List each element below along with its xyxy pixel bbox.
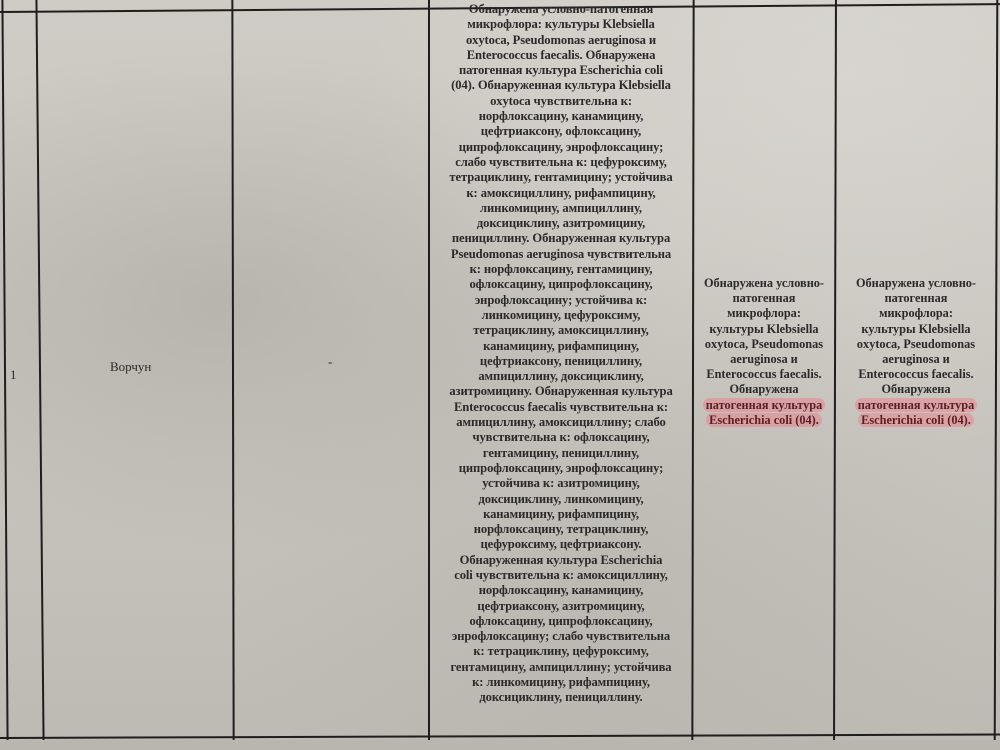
highlighted-pathogen-text: Escherichia coli (04). bbox=[706, 413, 822, 427]
conclusion-1-line: Enterococcus faecalis. bbox=[694, 367, 834, 382]
result-text-line: пенициллину. Обнаруженная культура bbox=[430, 231, 692, 246]
result-text-line: к: линкомицину, рифампицину, bbox=[430, 675, 692, 690]
result-text-line: coli чувствительна к: амоксициллину, bbox=[430, 568, 692, 583]
conclusion-1-line: Обнаружена условно- bbox=[694, 276, 834, 291]
result-text-line: энрофлоксацину; слабо чувствительна bbox=[430, 629, 692, 644]
conclusion-2-line: патогенная bbox=[837, 291, 995, 306]
result-text-line: доксициклину, азитромицину, bbox=[430, 216, 692, 231]
conclusion-1-line: микрофлора: bbox=[694, 306, 834, 321]
patient-name: Ворчун bbox=[110, 359, 151, 375]
conclusion-1-line: oxytoca, Pseudomonas bbox=[694, 337, 834, 352]
result-text-line: Обнаружена условно-патогенная bbox=[430, 2, 692, 17]
result-text-line: офлоксацину, ципрофлоксацину, bbox=[430, 277, 692, 292]
result-text-line: цефтриаксону, азитромицину, bbox=[430, 599, 692, 614]
conclusion-1-line: Обнаружена bbox=[694, 382, 834, 397]
result-text-line: доксициклину, пенициллину. bbox=[430, 690, 692, 705]
highlighted-pathogen-text: патогенная культура bbox=[703, 398, 826, 412]
result-text-line: к: норфлоксацину, гентамицину, bbox=[430, 262, 692, 277]
result-text-line: норфлоксацину, тетрациклину, bbox=[430, 522, 692, 537]
result-text-line: тетрациклину, амоксициллину, bbox=[430, 323, 692, 338]
table-border-left bbox=[1, 0, 8, 740]
conclusion-1-highlight-line: патогенная культура bbox=[694, 398, 834, 413]
highlighted-pathogen-text: Escherichia coli (04). bbox=[858, 413, 974, 427]
result-text-line: цефуроксиму, цефтриаксону. bbox=[430, 537, 692, 552]
conclusion-column-1: Обнаружена условно-патогеннаямикрофлора:… bbox=[694, 276, 834, 428]
result-text-line: ципрофлоксацину, энрофлоксацину; bbox=[430, 140, 692, 155]
result-text-line: устойчива к: азитромицину, bbox=[430, 476, 692, 491]
result-text-line: цефтриаксону, пенициллину, bbox=[430, 354, 692, 369]
result-text-line: линкомицину, ампициллину, bbox=[430, 201, 692, 216]
result-text-line: тетрациклину, гентамицину; устойчива bbox=[430, 170, 692, 185]
conclusion-1-line: культуры Klebsiella bbox=[694, 322, 834, 337]
result-text-line: ампициллину, амоксициллину; слабо bbox=[430, 415, 692, 430]
result-text-line: чувствительна к: офлоксацину, bbox=[430, 430, 692, 445]
result-text-line: гентамицину, ампициллину; устойчива bbox=[430, 660, 692, 675]
result-text-line: норфлоксацину, канамицину, bbox=[430, 583, 692, 598]
conclusion-2-line: микрофлора: bbox=[837, 306, 995, 321]
conclusion-1-line: aeruginosa и bbox=[694, 352, 834, 367]
conclusion-2-highlight-line: Escherichia coli (04). bbox=[837, 413, 995, 428]
highlighted-pathogen-text: патогенная культура bbox=[855, 398, 978, 412]
conclusion-2-line: Обнаружена bbox=[837, 382, 995, 397]
table-col-divider-2 bbox=[231, 0, 234, 740]
result-text-line: микрофлора: культуры Klebsiella bbox=[430, 17, 692, 32]
result-text-line: цефтриаксону, офлоксацину, bbox=[430, 124, 692, 139]
conclusion-1-line: патогенная bbox=[694, 291, 834, 306]
result-text-line: к: тетрациклину, цефуроксиму, bbox=[430, 644, 692, 659]
result-text-line: Обнаруженная культура Escherichia bbox=[430, 553, 692, 568]
result-text-line: канамицину, рифампицину, bbox=[430, 507, 692, 522]
result-text-line: слабо чувствительна к: цефуроксиму, bbox=[430, 155, 692, 170]
result-text-line: азитромицину. Обнаруженная культура bbox=[430, 384, 692, 399]
result-text-line: патогенная культура Escherichia coli bbox=[430, 63, 692, 78]
result-text-line: (04). Обнаруженная культура Klebsiella bbox=[430, 78, 692, 93]
page-margin bbox=[0, 740, 1000, 750]
result-text-line: oxytoca чувствительна к: bbox=[430, 94, 692, 109]
conclusion-2-line: Обнаружена условно- bbox=[837, 276, 995, 291]
result-text-line: Enterococcus faecalis. Обнаружена bbox=[430, 48, 692, 63]
conclusion-2-highlight-line: патогенная культура bbox=[837, 398, 995, 413]
conclusion-column-2: Обнаружена условно-патогеннаямикрофлора:… bbox=[837, 276, 995, 428]
result-text-line: гентамицину, пенициллину, bbox=[430, 446, 692, 461]
result-text-line: Pseudomonas aeruginosa чувствительна bbox=[430, 247, 692, 262]
table-col-divider-1 bbox=[35, 0, 44, 740]
row-number: 1 bbox=[10, 367, 17, 383]
result-text-line: офлоксацину, ципрофлоксацину, bbox=[430, 614, 692, 629]
conclusion-1-highlight-line: Escherichia coli (04). bbox=[694, 413, 834, 428]
table-bottom-border bbox=[0, 734, 1000, 739]
result-text-line: ампициллину, доксициклину, bbox=[430, 369, 692, 384]
result-text-line: линкомицину, цефуроксиму, bbox=[430, 308, 692, 323]
result-text-line: норфлоксацину, канамицину, bbox=[430, 109, 692, 124]
result-text-line: oxytoca, Pseudomonas aeruginosa и bbox=[430, 33, 692, 48]
result-text-line: доксициклину, линкомицину, bbox=[430, 492, 692, 507]
result-text-line: Enterococcus faecalis чувствительна к: bbox=[430, 400, 692, 415]
culture-sensitivity-result: Обнаружена условно-патогеннаямикрофлора:… bbox=[430, 2, 692, 706]
result-text-line: ципрофлоксацину, энрофлоксацину; bbox=[430, 461, 692, 476]
conclusion-2-line: oxytoca, Pseudomonas bbox=[837, 337, 995, 352]
conclusion-2-line: aeruginosa и bbox=[837, 352, 995, 367]
result-text-line: к: амоксициллину, рифампицину, bbox=[430, 186, 692, 201]
empty-value-dash: - bbox=[328, 354, 332, 370]
conclusion-2-line: культуры Klebsiella bbox=[837, 322, 995, 337]
result-text-line: канамицину, рифампицину, bbox=[430, 339, 692, 354]
conclusion-2-line: Enterococcus faecalis. bbox=[837, 367, 995, 382]
result-text-line: энрофлоксацину; устойчива к: bbox=[430, 293, 692, 308]
